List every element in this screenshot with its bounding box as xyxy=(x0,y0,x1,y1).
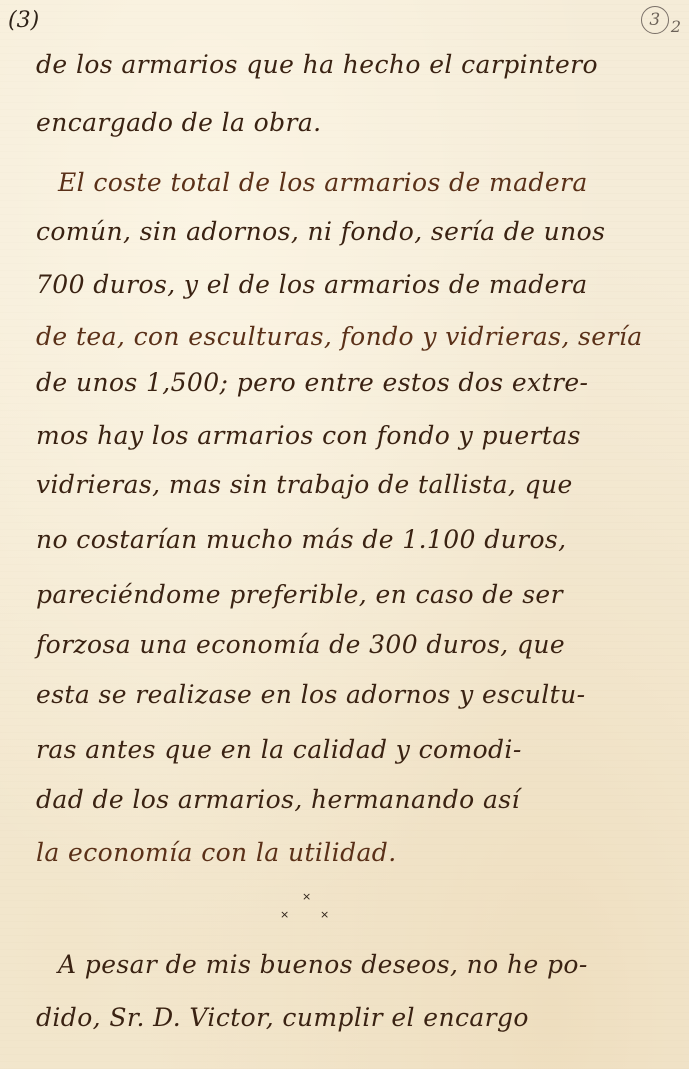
page-number-right: 3 2 xyxy=(641,6,681,34)
text-line: ras antes que en la calidad y comodi- xyxy=(36,735,522,764)
text-line: esta se realizase en los adornos y escul… xyxy=(36,680,585,709)
text-line: dad de los armarios, hermanando así xyxy=(36,785,520,814)
text-line: de tea, con esculturas, fondo y vidriera… xyxy=(36,322,643,351)
section-separator: × × × xyxy=(278,890,328,924)
page-number-left: (3) xyxy=(8,8,39,33)
text-line: de unos 1,500; pero entre estos dos extr… xyxy=(36,368,588,397)
text-line: de los armarios que ha hecho el carpinte… xyxy=(36,50,598,79)
text-line: vidrieras, mas sin trabajo de tallista, … xyxy=(36,470,573,499)
text-line: A pesar de mis buenos deseos, no he po- xyxy=(58,950,588,979)
manuscript-page: (3) 3 2 de los armarios que ha hecho el … xyxy=(0,0,689,1069)
text-line: 700 duros, y el de los armarios de mader… xyxy=(36,270,588,299)
circled-page-number: 3 xyxy=(641,6,669,34)
text-line: El coste total de los armarios de madera xyxy=(58,168,588,197)
text-line: pareciéndome preferible, en caso de ser xyxy=(36,580,563,609)
separator-mark: × xyxy=(302,890,311,903)
text-line: común, sin adornos, ni fondo, sería de u… xyxy=(36,217,605,246)
text-line: no costarían mucho más de 1.100 duros, xyxy=(36,525,566,554)
text-line: forzosa una economía de 300 duros, que xyxy=(36,630,565,659)
text-line: la economía con la utilidad. xyxy=(36,838,397,867)
text-line: encargado de la obra. xyxy=(36,108,322,137)
page-number-suffix: 2 xyxy=(671,17,681,36)
text-line: mos hay los armarios con fondo y puertas xyxy=(36,421,581,450)
separator-mark: × xyxy=(320,908,329,921)
text-line: dido, Sr. D. Victor, cumplir el encargo xyxy=(36,1003,529,1032)
separator-mark: × xyxy=(280,908,289,921)
